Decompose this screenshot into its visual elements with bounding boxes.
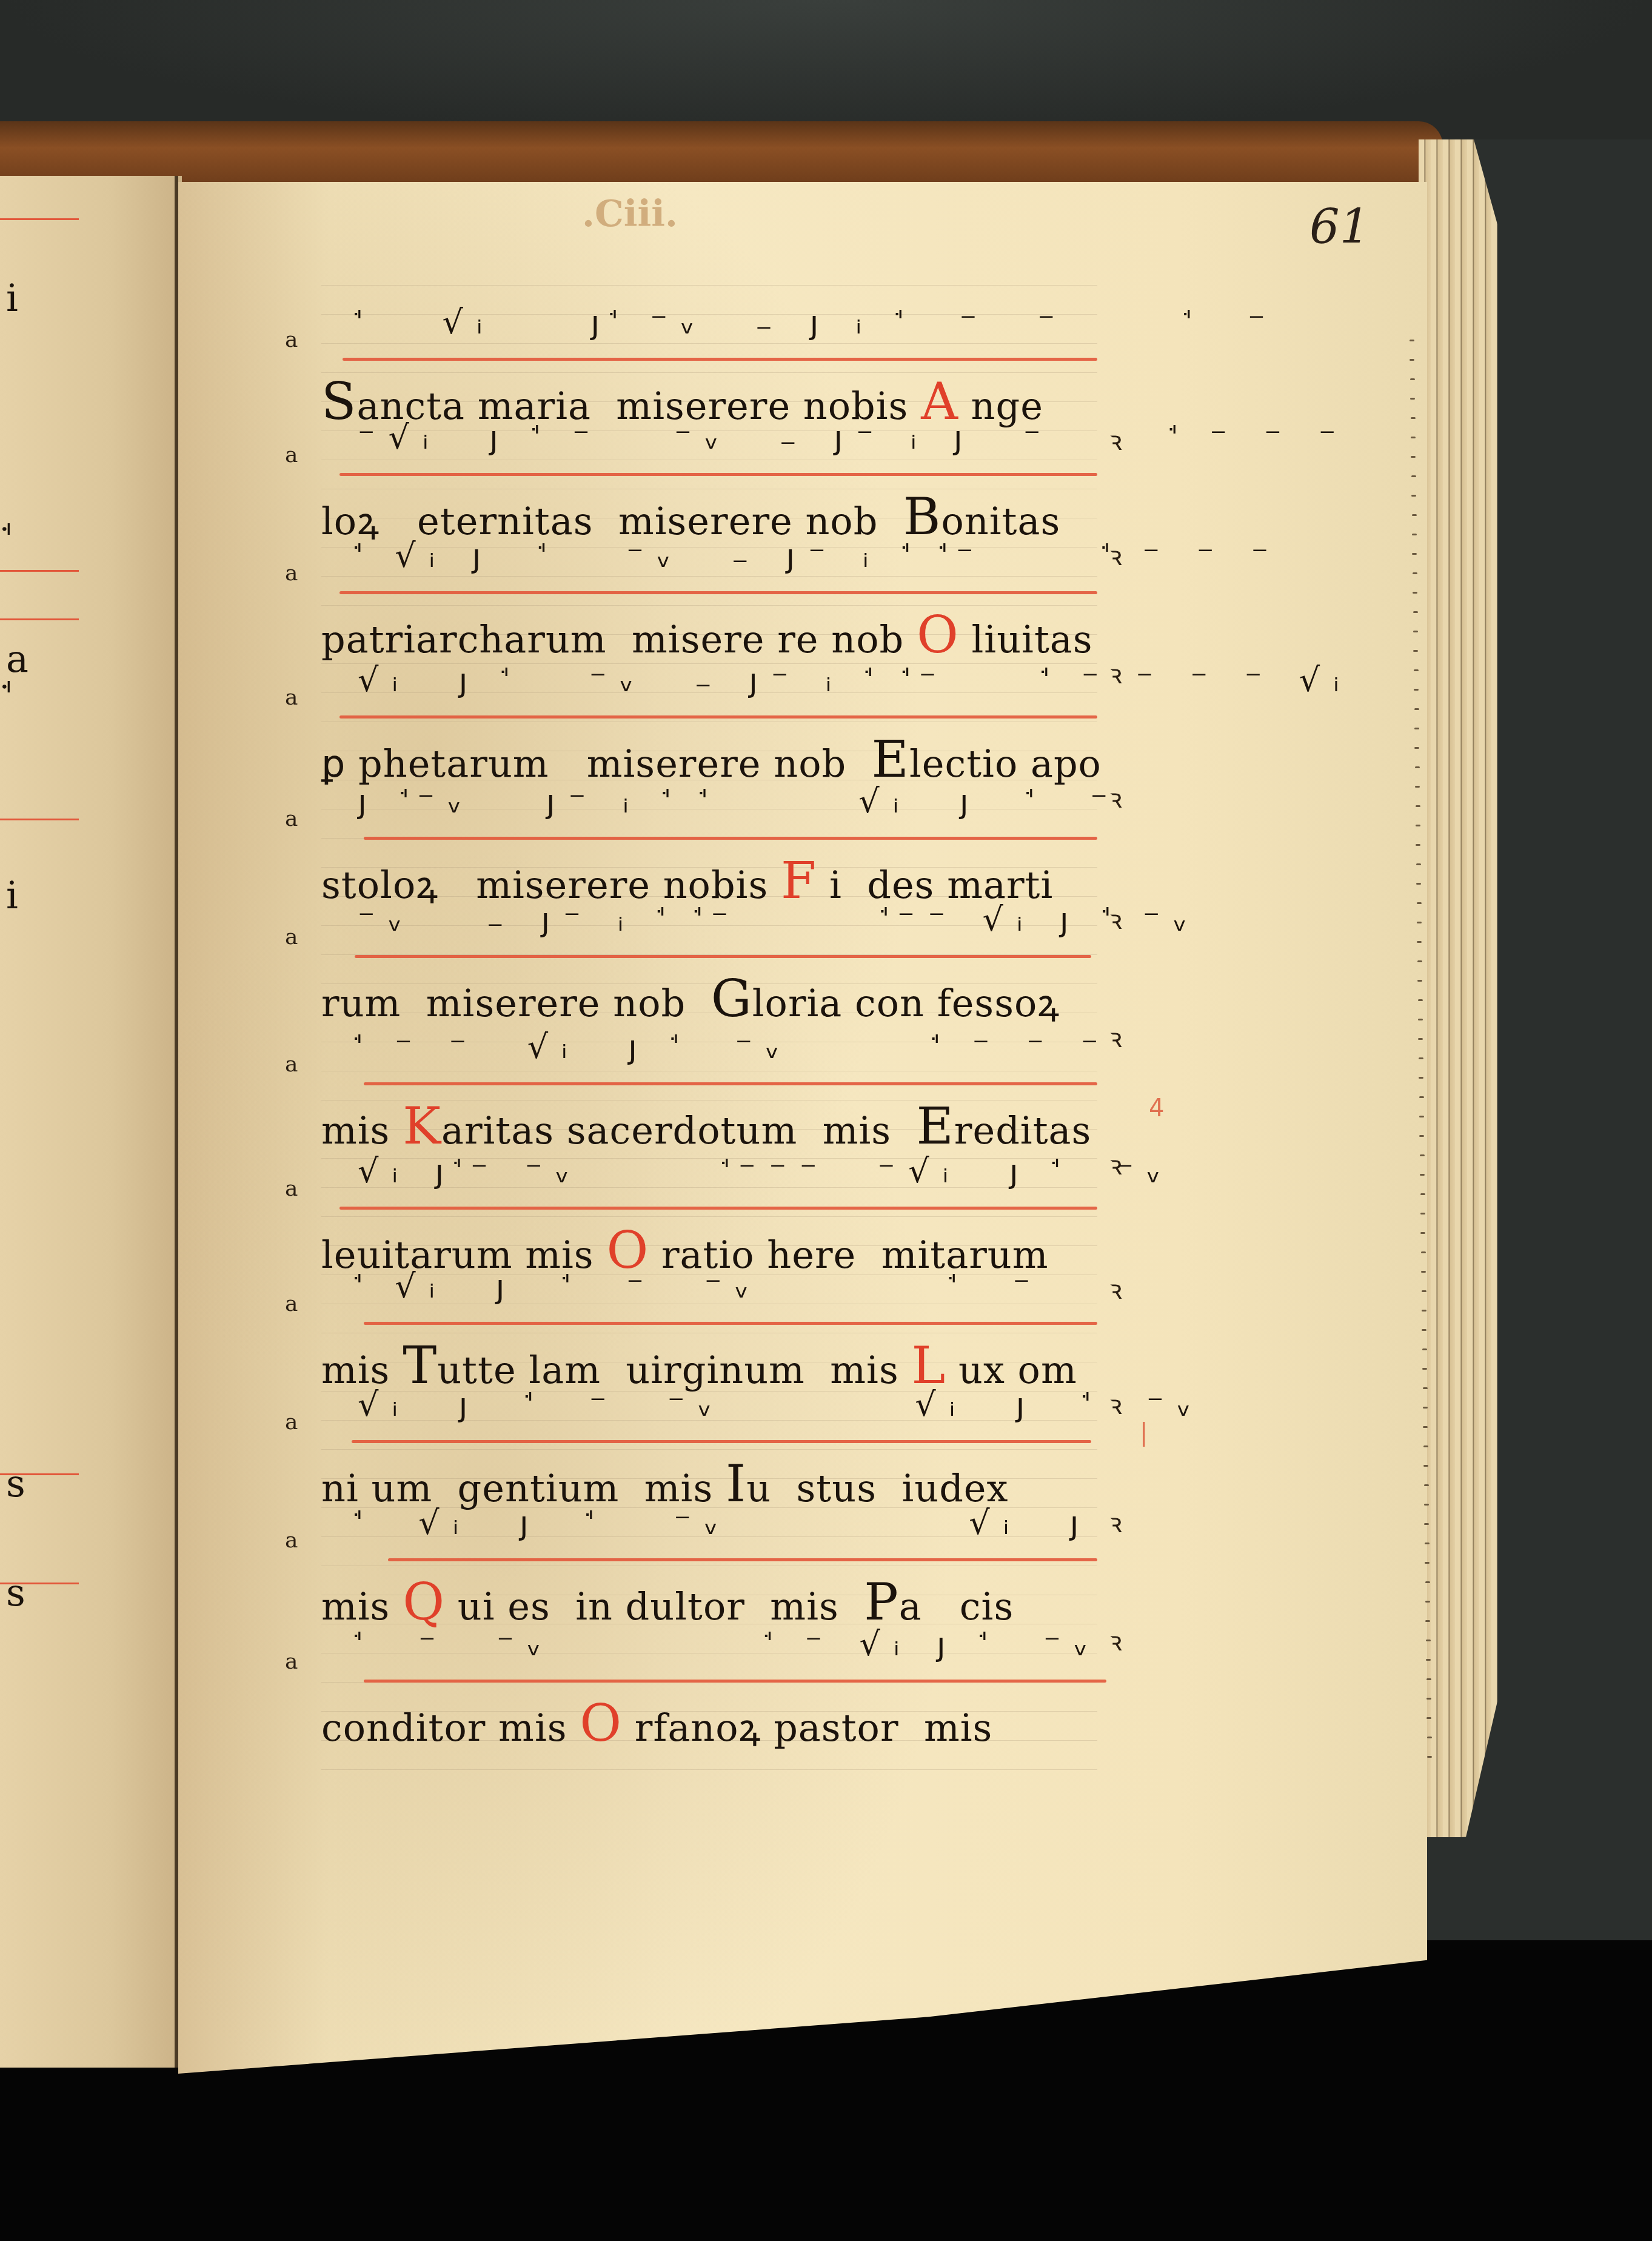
- pricking-hole: [1418, 999, 1423, 1001]
- left-page-glyph: s: [6, 1570, 25, 1615]
- pricking-hole: [1414, 728, 1419, 729]
- text-segment: reditas: [954, 1108, 1092, 1153]
- pricking-hole: [1423, 1426, 1428, 1428]
- pricking-hole: [1426, 1640, 1431, 1641]
- ruling-line: [321, 1216, 1097, 1217]
- margin-letter-mark: a: [285, 1410, 298, 1435]
- chant-text-line: patriarcharum misere re nob O liuitas: [321, 605, 1093, 665]
- chant-text-line: rum miserere nob Gloria con fessoꝝ: [321, 969, 1060, 1028]
- book-headband: [0, 121, 1443, 188]
- margin-letter-mark: a: [285, 1176, 298, 1201]
- red-staff-rule: [364, 1082, 1097, 1085]
- pricking-hole: [1424, 1504, 1429, 1506]
- pricking-hole: [1414, 669, 1419, 671]
- background-cloth-top: [0, 0, 1652, 139]
- pricking-hole: [1410, 359, 1414, 361]
- pricking-hole: [1422, 1368, 1427, 1370]
- pricking-hole: [1421, 1271, 1426, 1273]
- ruling-line: [321, 1769, 1097, 1770]
- chant-text-line: conditor mis O rfanoꝝ pastor mis: [321, 1693, 992, 1753]
- pricking-hole: [1417, 902, 1422, 904]
- pricking-hole: [1417, 922, 1422, 923]
- pricking-hole: [1419, 1096, 1424, 1098]
- pricking-hole: [1417, 980, 1422, 982]
- pricking-hole: [1418, 1019, 1423, 1020]
- red-staff-rule: [388, 1558, 1097, 1561]
- neume-notation: ⁻ᵥ ₋ ȷ⁻ ᵢ ꜗ ꜗ⁻ ꜗ⁻⁻ √ᵢ ȷ ꜗ ⁻ᵥ: [358, 900, 1200, 939]
- text-segment: patriarcharum misere re nob: [321, 617, 917, 662]
- pricking-hole: [1412, 514, 1417, 516]
- red-staff-rule: [352, 1440, 1091, 1443]
- pricking-hole: [1426, 1659, 1431, 1661]
- margin-letter-mark: a: [285, 443, 298, 467]
- red-staff-rule: [355, 955, 1091, 958]
- pricking-hole: [1424, 1484, 1429, 1486]
- left-page-glyph: s: [6, 1461, 25, 1506]
- neume-notation: ꜗ √ᵢ ȷ ꜗ ⁻ ⁻ᵥ ꜗ ⁻: [358, 1267, 1043, 1305]
- pricking-hole: [1419, 1077, 1423, 1079]
- margin-letter-mark: a: [285, 1528, 298, 1553]
- margin-letter-mark: a: [285, 1649, 298, 1674]
- pricking-hole: [1412, 534, 1417, 535]
- pricking-hole: [1420, 1154, 1425, 1156]
- ruling-line: [321, 1071, 1097, 1071]
- red-staff-rule: [339, 473, 1097, 476]
- pricking-hole: [1415, 766, 1420, 768]
- pricking-hole: [1426, 1717, 1431, 1719]
- pricking-hole: [1425, 1562, 1430, 1564]
- pricking-hole: [1420, 1174, 1425, 1176]
- text-segment: loria con fessoꝝ: [752, 981, 1060, 1025]
- pricking-hole: [1422, 1329, 1426, 1331]
- custos-mark: ꝛ: [1109, 1504, 1122, 1540]
- left-page-red-rule: [0, 570, 79, 572]
- pricking-hole: [1427, 1756, 1432, 1758]
- pricking-hole: [1419, 1135, 1424, 1137]
- pricking-hole: [1421, 1251, 1426, 1253]
- text-segment: mis: [321, 1108, 403, 1153]
- left-page-red-rule: [0, 819, 79, 820]
- pricking-hole: [1413, 631, 1418, 632]
- pricking-hole: [1419, 1057, 1423, 1059]
- pricking-hole: [1422, 1348, 1427, 1350]
- ruling-line: [321, 576, 1097, 577]
- ink-initial: E: [872, 729, 909, 789]
- left-page-red-rule: [0, 618, 79, 620]
- red-marginal-mark: 4: [1149, 1094, 1164, 1122]
- left-page-glyph: i: [6, 873, 18, 917]
- red-staff-rule: [339, 591, 1097, 594]
- pricking-hole: [1414, 708, 1419, 710]
- chant-text-line: ꝑ phetarum miserere nob Electio apo: [321, 729, 1102, 789]
- pricking-hole: [1423, 1407, 1428, 1409]
- pricking-hole: [1414, 747, 1419, 749]
- pricking-hole: [1413, 592, 1417, 594]
- left-page-red-rule: [0, 218, 79, 220]
- pricking-hole: [1413, 650, 1418, 652]
- margin-letter-mark: a: [285, 327, 298, 352]
- running-head-foliation: .Ciii.: [582, 193, 678, 235]
- ruling-line: [321, 343, 1097, 344]
- pricking-hole: [1412, 553, 1417, 555]
- pricking-hole: [1415, 786, 1420, 788]
- margin-letter-mark: a: [285, 685, 298, 710]
- ink-initial: P: [864, 1572, 899, 1632]
- left-page-glyph: a: [6, 637, 28, 681]
- rubricated-initial: O: [917, 605, 959, 665]
- rubricated-initial: Q: [403, 1572, 445, 1632]
- red-staff-rule: [339, 715, 1097, 719]
- left-page-glyph: i: [6, 276, 18, 320]
- text-segment: lectio apo: [909, 742, 1102, 786]
- text-segment: a cis: [899, 1584, 1014, 1629]
- red-staff-rule: [364, 837, 1097, 840]
- ink-initial: E: [917, 1096, 954, 1156]
- text-segment: liuitas: [959, 617, 1093, 662]
- pricking-hole: [1411, 456, 1416, 458]
- neume-notation: ꜗ ⁻ ⁻ √ᵢ ȷ ꜗ ⁻ᵥ ꜗ ⁻ ⁻ ⁻: [358, 1028, 1112, 1066]
- ink-initial: S: [321, 372, 357, 431]
- pricking-hole: [1425, 1581, 1430, 1583]
- pricking-hole: [1417, 941, 1422, 943]
- pricking-hole: [1425, 1620, 1430, 1622]
- pricking-hole: [1416, 805, 1420, 807]
- pricking-hole: [1411, 417, 1416, 419]
- pricking-hole: [1411, 495, 1416, 497]
- ink-initial: G: [711, 969, 752, 1028]
- text-segment: rfanoꝝ pastor mis: [622, 1706, 992, 1750]
- pricking-hole: [1410, 340, 1414, 341]
- pricking-hole: [1416, 883, 1421, 885]
- pricking-hole: [1425, 1601, 1430, 1603]
- rubricated-initial: K: [403, 1096, 441, 1156]
- margin-letter-mark: a: [285, 806, 298, 831]
- page-stack-edge: [1419, 139, 1497, 1837]
- pricking-hole: [1416, 825, 1420, 826]
- pricking-hole: [1416, 863, 1421, 865]
- text-segment: mis: [321, 1584, 403, 1629]
- pricking-hole: [1413, 572, 1417, 574]
- neume-notation: √ᵢ ȷꜗ⁻ ⁻ᵥ ꜗ⁻⁻⁻ ⁻√ᵢ ȷ ꜗ ⁻ᵥ: [358, 1152, 1174, 1190]
- pricking-hole: [1423, 1387, 1428, 1389]
- left-page-red-rule: [0, 1473, 79, 1475]
- ruling-line: [321, 1333, 1097, 1333]
- margin-letter-mark: a: [285, 1291, 298, 1316]
- pricking-hole: [1414, 689, 1419, 691]
- pricking-hole: [1417, 960, 1422, 962]
- red-staff-rule: [364, 1322, 1097, 1325]
- neume-notation: √ᵢ ȷ ꜗ ⁻ᵥ ₋ ȷ⁻ ᵢ ꜗ ꜗ⁻ ꜗ ⁻ ⁻ ⁻ ⁻ √ᵢ: [358, 661, 1353, 699]
- pricking-hole: [1425, 1543, 1430, 1544]
- rubricated-initial: O: [580, 1693, 622, 1753]
- pricking-hole: [1420, 1232, 1425, 1234]
- neume-notation: ꜗ √ᵢ ȷ ꜗ ⁻ᵥ √ᵢ ȷ: [358, 1504, 1092, 1542]
- folio-number: 61: [1309, 200, 1369, 255]
- pricking-hole: [1410, 398, 1415, 400]
- neume-notation: ⁻√ᵢ ȷ ꜗ ⁻ ⁻ᵥ ₋ ȷ⁻ ᵢ ȷ ⁻ ꜗ ⁻ ⁻ ⁻: [358, 418, 1349, 457]
- ruling-line: [321, 460, 1097, 460]
- pricking-hole: [1426, 1678, 1431, 1680]
- chant-text-line: mis Karitas sacerdotum mis Ereditas: [321, 1096, 1091, 1156]
- neume-notation: √ᵢ ȷ ꜗ ⁻ ⁻ᵥ √ᵢ ȷ ꜗ ⁻ᵥ: [358, 1385, 1204, 1424]
- ruling-line: [321, 1449, 1097, 1450]
- pricking-hole: [1416, 844, 1420, 846]
- pricking-hole: [1426, 1698, 1431, 1700]
- ruling-line: [321, 285, 1097, 286]
- pricking-hole: [1427, 1737, 1432, 1738]
- pricking-hole: [1423, 1465, 1428, 1467]
- pricking-hole: [1422, 1310, 1426, 1311]
- book-gutter: [175, 176, 178, 2068]
- red-staff-rule: [364, 1680, 1106, 1683]
- ruling-line: [321, 722, 1097, 722]
- pricking-hole: [1411, 437, 1416, 438]
- ruling-line: [321, 1566, 1097, 1566]
- pricking-hole: [1424, 1523, 1429, 1525]
- text-segment: ꝑ phetarum miserere nob: [321, 742, 872, 786]
- pricking-hole: [1423, 1445, 1428, 1447]
- pricking-hole: [1420, 1193, 1425, 1195]
- pricking-hole: [1410, 378, 1415, 380]
- text-segment: rum miserere nob: [321, 981, 711, 1025]
- red-marginal-mark: |: [1140, 1419, 1148, 1447]
- red-staff-rule: [339, 1207, 1097, 1210]
- custos-mark: ꝛ: [1109, 1270, 1122, 1307]
- text-segment: ui es in dultor mis: [445, 1584, 864, 1629]
- left-page-red-rule: [0, 1583, 79, 1584]
- neume-notation: ꜗ √ᵢ ȷ ꜗ ⁻ᵥ ₋ ȷ⁻ ᵢ ꜗ ꜗ⁻ ꜗ ⁻ ⁻ ⁻: [358, 537, 1282, 575]
- margin-letter-mark: a: [285, 1052, 298, 1077]
- red-staff-rule: [343, 358, 1097, 361]
- pricking-hole: [1418, 1038, 1423, 1040]
- text-segment: aritas sacerdotum mis: [441, 1108, 917, 1153]
- margin-letter-mark: a: [285, 925, 298, 950]
- neume-notation: ȷ ꜗ⁻ᵥ ȷ⁻ ᵢ ꜗ ꜗ √ᵢ ȷ ꜗ ⁻: [358, 782, 1121, 820]
- pricking-hole: [1422, 1290, 1426, 1292]
- custos-mark: ꝛ: [1109, 1622, 1122, 1658]
- neume-notation: ꜗ ⁻ ⁻ᵥ ꜗ ⁻ √ᵢ ȷ ꜗ ⁻ᵥ: [358, 1625, 1101, 1663]
- margin-letter-mark: a: [285, 561, 298, 586]
- chant-text-line: mis Q ui es in dultor mis Pa cis: [321, 1572, 1014, 1632]
- pricking-hole: [1413, 611, 1418, 613]
- neume-notation: ꜗ √ᵢ ȷꜗ ⁻ᵥ ₋ ȷ ᵢ ꜗ ⁻ ⁻ ꜗ ⁻: [358, 303, 1279, 341]
- text-segment: conditor mis: [321, 1706, 580, 1750]
- pricking-hole: [1419, 1116, 1424, 1117]
- pricking-hole: [1411, 475, 1416, 477]
- left-page-fragment: [0, 176, 182, 2068]
- pricking-hole: [1420, 1213, 1425, 1214]
